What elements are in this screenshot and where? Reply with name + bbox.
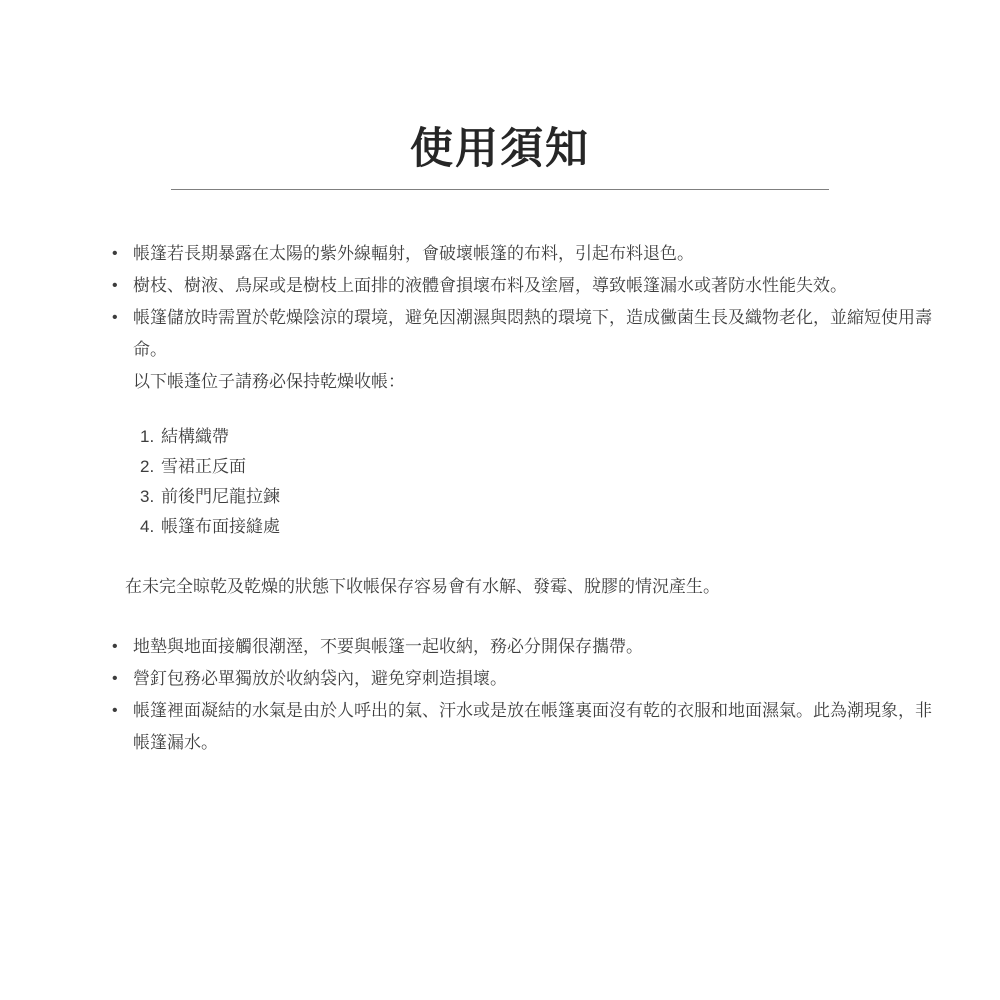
usage-notice-page: 使用須知 • 帳篷若長期暴露在太陽的紫外線輻射，會破壞帳篷的布料，引起布料退色。… <box>0 0 1000 1000</box>
list-number: 2. <box>140 452 161 482</box>
notice-condensation-text: 帳篷裡面凝結的水氣是由於人呼出的氣、汗水或是放在帳篷裏面沒有乾的衣服和地面濕氣。… <box>133 695 942 759</box>
notice-tree-sap-text: 樹枝、樹液、鳥屎或是樹枝上面排的液體會損壞布料及塗層，導致帳篷漏水或著防水性能失… <box>133 270 942 302</box>
notice-storage-text: 帳篷儲放時需置於乾燥陰涼的環境，避免因潮濕與悶熱的環境下，造成黴菌生長及織物老化… <box>133 302 942 366</box>
notice-ground-mat-text: 地墊與地面接觸很潮溼，不要與帳篷一起收納，務必分開保存攜帶。 <box>133 631 942 663</box>
notice-condensation: • 帳篷裡面凝結的水氣是由於人呼出的氣、汗水或是放在帳篷裏面沒有乾的衣服和地面濕… <box>112 695 942 759</box>
bullet-icon: • <box>112 663 133 695</box>
title-divider <box>171 189 829 190</box>
notice-uv-exposure-text: 帳篷若長期暴露在太陽的紫外線輻射，會破壞帳篷的布料，引起布料退色。 <box>133 238 942 270</box>
keep-dry-item: 1. 結構織帶 <box>140 422 942 452</box>
page-title: 使用須知 <box>0 0 1000 172</box>
bullet-icon: • <box>112 270 133 302</box>
bullet-icon: • <box>112 302 133 334</box>
list-number: 1. <box>140 422 161 452</box>
notice-peg-bag: • 營釘包務必單獨放於收納袋內，避免穿刺造損壞。 <box>112 663 942 695</box>
list-number: 3. <box>140 482 161 512</box>
notice-content: • 帳篷若長期暴露在太陽的紫外線輻射，會破壞帳篷的布料，引起布料退色。 • 樹枝… <box>0 238 1000 759</box>
keep-dry-item-label: 前後門尼龍拉鍊 <box>161 482 280 512</box>
bullet-icon: • <box>112 695 133 727</box>
keep-dry-item: 3. 前後門尼龍拉鍊 <box>140 482 942 512</box>
notice-uv-exposure: • 帳篷若長期暴露在太陽的紫外線輻射，會破壞帳篷的布料，引起布料退色。 <box>112 238 942 270</box>
keep-dry-item-label: 雪裙正反面 <box>161 452 246 482</box>
keep-dry-item: 2. 雪裙正反面 <box>140 452 942 482</box>
keep-dry-list: 1. 結構織帶 2. 雪裙正反面 3. 前後門尼龍拉鍊 4. 帳篷布面接縫處 <box>133 422 942 542</box>
notice-storage: • 帳篷儲放時需置於乾燥陰涼的環境，避免因潮濕與悶熱的環境下，造成黴菌生長及織物… <box>112 302 942 366</box>
keep-dry-item-label: 結構織帶 <box>161 422 229 452</box>
bullet-icon: • <box>112 631 133 663</box>
list-number: 4. <box>140 512 161 542</box>
keep-dry-note: 在未完全晾乾及乾燥的狀態下收帳保存容易會有水解、發霉、脫膠的情況產生。 <box>125 571 942 603</box>
keep-dry-intro: 以下帳蓬位子請務必保持乾燥收帳： <box>133 366 942 398</box>
notice-ground-mat: • 地墊與地面接觸很潮溼，不要與帳篷一起收納，務必分開保存攜帶。 <box>112 631 942 663</box>
notice-tree-sap: • 樹枝、樹液、鳥屎或是樹枝上面排的液體會損壞布料及塗層，導致帳篷漏水或著防水性… <box>112 270 942 302</box>
notice-group-2: • 地墊與地面接觸很潮溼，不要與帳篷一起收納，務必分開保存攜帶。 • 營釘包務必… <box>112 631 942 759</box>
keep-dry-section: 以下帳蓬位子請務必保持乾燥收帳： 1. 結構織帶 2. 雪裙正反面 3. 前後門… <box>133 366 942 542</box>
notice-peg-bag-text: 營釘包務必單獨放於收納袋內，避免穿刺造損壞。 <box>133 663 942 695</box>
keep-dry-item-label: 帳篷布面接縫處 <box>161 512 280 542</box>
bullet-icon: • <box>112 238 133 270</box>
keep-dry-item: 4. 帳篷布面接縫處 <box>140 512 942 542</box>
